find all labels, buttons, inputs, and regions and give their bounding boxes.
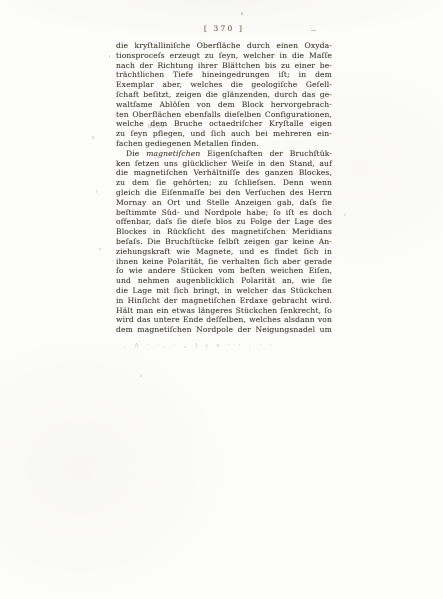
text-line: gleich die Eiſenmaſſe bei den Verſuchen …: [116, 188, 332, 198]
scan-speck: [96, 190, 97, 193]
page-number: [ 370 ]: [116, 24, 332, 33]
text-line: beſtimmte Süd- und Nordpole habe; ſo iſt…: [116, 208, 332, 218]
text-line: tionsproceſs erzeugt zu ſeyn, welcher in…: [116, 51, 332, 61]
scanned-book-page: [ 370 ] die kryſtalliniſche Oberfläche d…: [0, 0, 443, 599]
text-line: die kryſtalliniſche Oberfläche durch ein…: [116, 41, 332, 51]
bleedthrough-annotation: Weiſe: [147, 124, 165, 130]
text-line: dem magnetiſchen Nordpole der Neigungsna…: [116, 325, 332, 335]
scan-speck: [109, 55, 110, 58]
text-line: die magnetiſchen Verhältniſſe des ganzen…: [116, 168, 332, 178]
scan-speck: [99, 248, 101, 250]
text-line: trächtlichen Tiefe hineingedrungen iſt; …: [116, 70, 332, 80]
text-line: in Hinſicht der magnetiſchen Erdaxe gebr…: [116, 296, 332, 306]
text-line: wird das untere Ende deſſelben, welches …: [116, 315, 332, 325]
text-line: fachen gediegenen Metallen finden.: [116, 139, 332, 149]
text-line: waltſame Ablöſen von dem Block hervorgeb…: [116, 100, 332, 110]
scan-speck: [311, 30, 316, 31]
text-line: Mornay an Ort und Stelle Anzeigen gab, d…: [116, 198, 332, 208]
text-line: ihnen keine Polarität, ſie verhalten ſic…: [116, 257, 332, 267]
text-line: und nehmen augenblicklich Polarität an, …: [116, 276, 332, 286]
text-line: beſaſs. Die Bruchſtücke ſelbſt zeigen ga…: [116, 237, 332, 247]
text-line: ten Oberflächen ebenfalls dieſelben Conf…: [116, 110, 332, 120]
text-block: die kryſtalliniſche Oberfläche durch ein…: [116, 41, 332, 335]
scan-speck: [92, 136, 94, 139]
text-line: Exemplar aber, welches die geologiſche G…: [116, 80, 332, 90]
text-line: Hält man ein etwas längeres Stückchen ſe…: [116, 306, 332, 316]
text-line: zu ſeyn pflegen, und ſich auch bei mehre…: [116, 129, 332, 139]
bleedthrough-marks: ‚ Λ · ·‚ · „ l ı s · · ‚ · ·: [124, 343, 330, 349]
text-line: nach der Richtung ihrer Blättchen bis zu…: [116, 61, 332, 71]
emphasized-word: magnetiſchen: [146, 149, 200, 158]
paragraph-2: Die magnetiſchen Eigenſchaften der Bruch…: [116, 149, 332, 335]
text-line: ſchaft beſitzt, zeigen die glänzenden, d…: [116, 90, 332, 100]
paragraph-1: die kryſtalliniſche Oberfläche durch ein…: [116, 41, 332, 149]
scan-speck: [344, 214, 346, 216]
text-line: ken ſetzen uns glücklicher Weiſe in den …: [116, 159, 332, 169]
text-segment: Die: [126, 149, 146, 158]
text-segment: Eigenſchaften der Bruchſtük-: [200, 149, 332, 158]
text-line: Die magnetiſchen Eigenſchaften der Bruch…: [116, 149, 332, 159]
text-line: offenbar, daſs ſie dieſe blos zu Folge d…: [116, 217, 332, 227]
text-line: ſo wie andere Stücken vom beſten weichen…: [116, 266, 332, 276]
text-line: zu dem ſie gehörten; zu ſchlieſsen. Denn…: [116, 178, 332, 188]
text-line: ziehungskraft wie Magnete, und es findet…: [116, 247, 332, 257]
text-line: die Lage mit ſich bringt, in welcher das…: [116, 286, 332, 296]
scan-speck: [241, 12, 243, 15]
scan-speck: [140, 375, 142, 377]
text-line: Blockes in Rückſicht des magnetiſchen Me…: [116, 227, 332, 237]
